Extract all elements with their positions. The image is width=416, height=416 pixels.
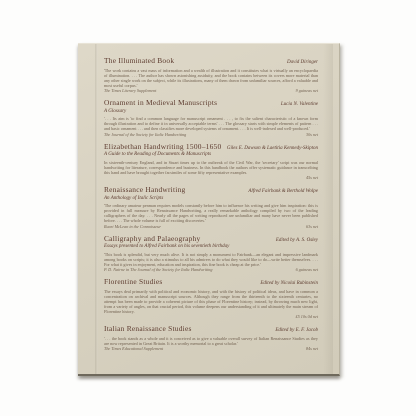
book-author: Giles E. Dawson & Laetitia Kennedy-Skipt… <box>227 146 318 152</box>
book-description: 'The work contains a vast mass of inform… <box>104 68 318 88</box>
book-author: Edited by A. S. Osley <box>276 238 318 244</box>
book-footer: The Journal of the Society for Italic Ha… <box>104 132 318 137</box>
book-footer: P. D. Nairne in The Journal of the Socie… <box>104 267 318 272</box>
book-price: 9 guineas net <box>296 88 318 93</box>
book-section: Ornament in Medieval Manuscripts Lucia N… <box>104 99 318 137</box>
book-subtitle: A Guide to the Reading of Documents & Ma… <box>104 152 318 158</box>
book-section-header: The Illuminated Book David Diringer <box>104 57 318 66</box>
book-section: Renaissance Handwriting Alfred Fairbank … <box>104 186 318 229</box>
book-section: Calligraphy and Palaeography Edited by A… <box>104 235 318 273</box>
book-section-header: Florentine Studies Edited by Nicolai Rub… <box>104 278 318 287</box>
book-back-cover: The Illuminated Book David Diringer 'The… <box>78 43 340 376</box>
book-section: Italian Renaissance Studies Edited by E.… <box>104 325 318 351</box>
book-title: Renaissance Handwriting <box>104 186 185 194</box>
book-author: Alfred Fairbank & Berthold Wolpe <box>248 189 318 195</box>
book-title: Italian Renaissance Studies <box>104 325 192 333</box>
book-title: The Illuminated Book <box>104 57 174 65</box>
review-source: The Times Literary Supplement <box>104 88 156 93</box>
book-section-header: Calligraphy and Palaeography Edited by A… <box>104 235 318 244</box>
book-description: '. . . Its aim is 'to find a common lang… <box>104 116 318 131</box>
book-section: The Illuminated Book David Diringer 'The… <box>104 57 318 94</box>
review-source: P. D. Nairne in The Journal of the Socie… <box>104 267 212 272</box>
book-description: In sixteenth-century England, and in Stu… <box>104 160 318 175</box>
book-section: Elizabethan Handwriting 1500–1650 Giles … <box>104 143 318 181</box>
book-author: David Diringer <box>287 60 318 66</box>
book-description: '. . . the book stands as a whole and it… <box>104 336 318 346</box>
book-section-header: Elizabethan Handwriting 1500–1650 Giles … <box>104 143 318 152</box>
book-author: Edited by E. F. Jacob <box>275 328 318 334</box>
book-subtitle: An Anthology of Italic Scripts <box>104 196 318 202</box>
review-source: The Journal of the Society for Italic Ha… <box>104 132 186 137</box>
book-section-header: Ornament in Medieval Manuscripts Lucia N… <box>104 99 318 108</box>
cover-edge-sheen <box>323 44 333 374</box>
book-author: Edited by Nicolai Rubinstein <box>260 281 318 287</box>
book-price: 63s net <box>306 224 318 229</box>
book-section-header: Renaissance Handwriting Alfred Fairbank … <box>104 186 318 195</box>
book-footer: 45s net <box>104 175 318 180</box>
book-section-header: Italian Renaissance Studies Edited by E.… <box>104 325 318 334</box>
book-title: Florentine Studies <box>104 278 163 286</box>
book-section: Florentine Studies Edited by Nicolai Rub… <box>104 278 318 320</box>
cover-text-content: The Illuminated Book David Diringer 'The… <box>104 57 318 357</box>
book-subtitle: Essays presented to Alfred Fairbank on h… <box>104 244 318 250</box>
book-title: Elizabethan Handwriting 1500–1650 <box>104 143 221 151</box>
book-price: £5 10s 0d net <box>296 314 318 319</box>
book-description: 'This book is splendid, but very much al… <box>104 252 318 267</box>
book-price: 6 guineas net <box>296 267 318 272</box>
book-description: The essays deal primarily with political… <box>104 289 318 314</box>
book-footer: The Times Literary Supplement 9 guineas … <box>104 88 318 93</box>
book-title: Calligraphy and Palaeography <box>104 235 200 243</box>
book-description: 'The ordinary amateur penman requires mo… <box>104 203 318 223</box>
book-footer: £5 10s 0d net <box>104 314 318 319</box>
cover-crease <box>95 44 98 374</box>
book-footer: The Times Educational Supplement 84s net <box>104 346 318 351</box>
book-title: Ornament in Medieval Manuscripts <box>104 99 217 107</box>
review-source: The Times Educational Supplement <box>104 346 163 351</box>
book-subtitle: A Glossary <box>104 109 318 115</box>
book-price: 84s net <box>306 346 318 351</box>
book-price: 45s net <box>306 175 318 180</box>
review-source: Ruari McLean in the Connoisseur <box>104 224 161 229</box>
book-footer: Ruari McLean in the Connoisseur 63s net <box>104 224 318 229</box>
book-author: Lucia N. Valentine <box>281 102 318 108</box>
book-price: 30s net <box>306 132 318 137</box>
